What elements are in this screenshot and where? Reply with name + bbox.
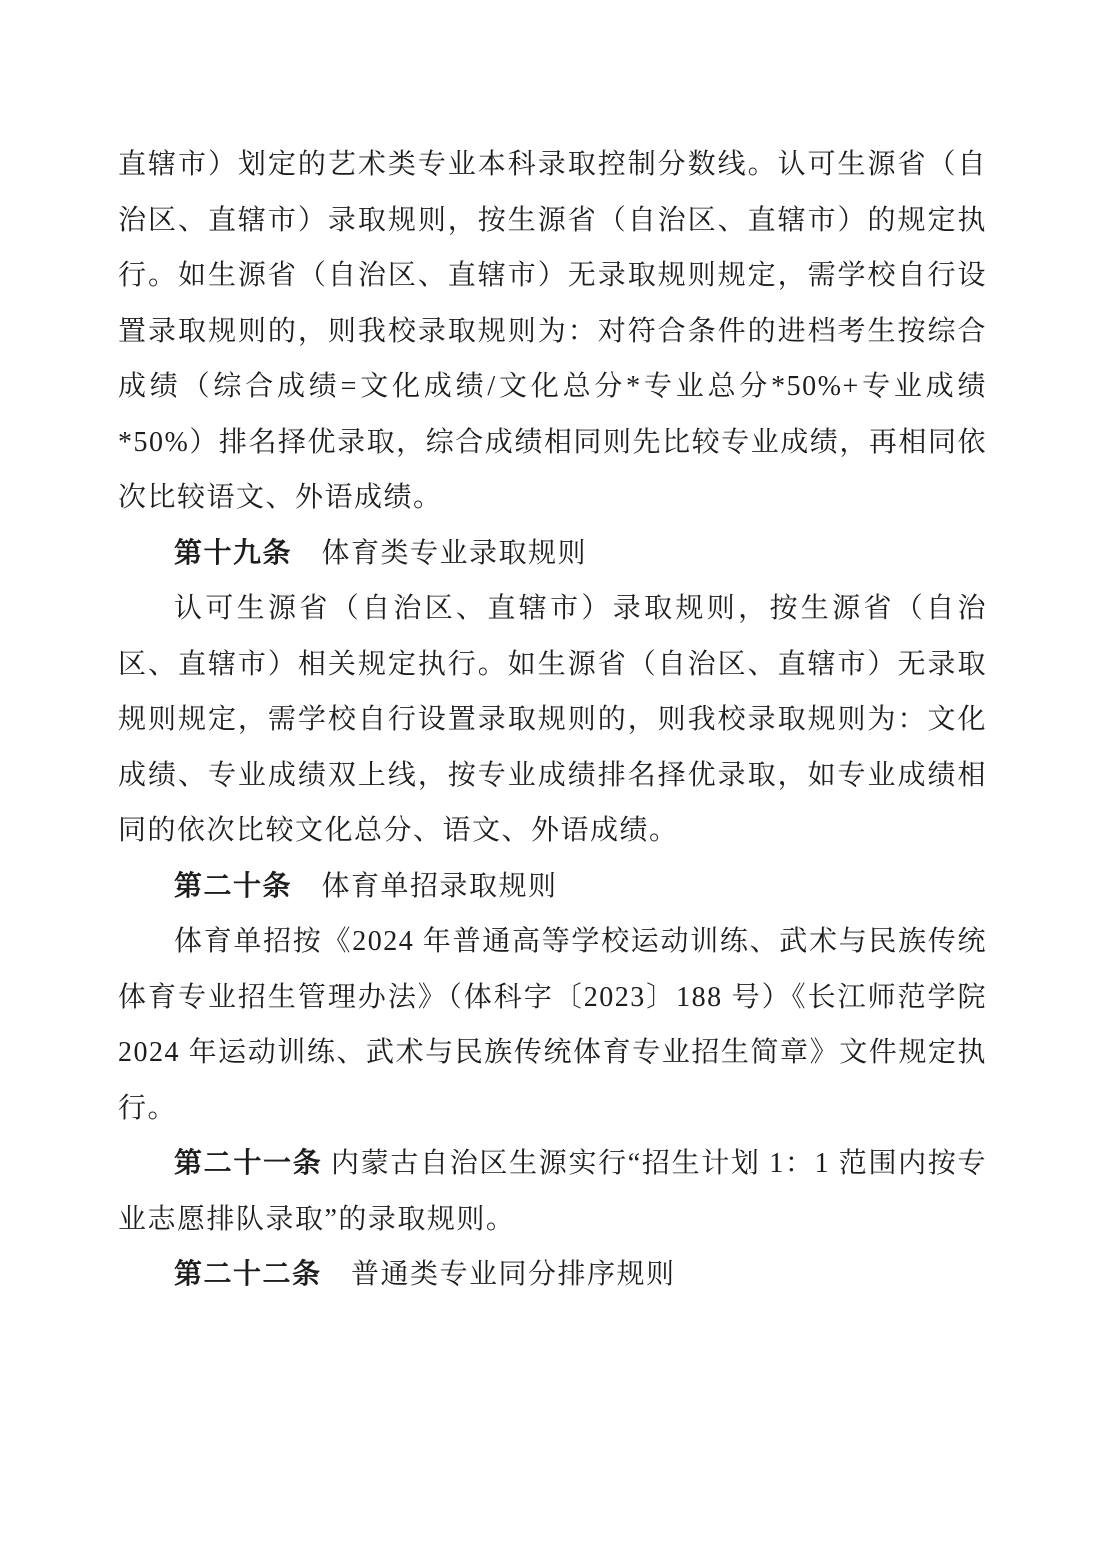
- article-21-number: 第二十一条: [174, 1148, 322, 1179]
- article-20-heading: 第二十条 体育单招录取规则: [118, 859, 987, 915]
- paragraph-art18-continuation-text: 直辖市）划定的艺术类专业本科录取控制分数线。认可生源省（自治区、直辖市）录取规则…: [118, 149, 987, 513]
- paragraph-art20-body: 体育单招按《2024 年普通高等学校运动训练、武术与民族传统体育专业招生管理办法…: [118, 914, 987, 1136]
- article-19-title: 体育类专业录取规则: [292, 538, 587, 569]
- document-page: 直辖市）划定的艺术类专业本科录取控制分数线。认可生源省（自治区、直辖市）录取规则…: [0, 0, 1102, 1559]
- article-20-title: 体育单招录取规则: [292, 871, 558, 902]
- article-21-paragraph: 第二十一条 内蒙古自治区生源实行“招生计划 1：1 范围内按专业志愿排队录取”的…: [118, 1136, 987, 1247]
- article-20-number: 第二十条: [174, 871, 292, 902]
- paragraph-art19-body: 认可生源省（自治区、直辖市）录取规则，按生源省（自治区、直辖市）相关规定执行。如…: [118, 581, 987, 859]
- paragraph-art20-body-text: 体育单招按《2024 年普通高等学校运动训练、武术与民族传统体育专业招生管理办法…: [118, 926, 987, 1124]
- paragraph-art19-body-text: 认可生源省（自治区、直辖市）录取规则，按生源省（自治区、直辖市）相关规定执行。如…: [118, 593, 987, 846]
- article-19-number: 第十九条: [174, 538, 292, 569]
- article-19-heading: 第十九条 体育类专业录取规则: [118, 526, 987, 582]
- article-22-heading: 第二十二条 普通类专业同分排序规则: [118, 1247, 987, 1303]
- article-22-title: 普通类专业同分排序规则: [322, 1259, 676, 1290]
- paragraph-art18-continuation: 直辖市）划定的艺术类专业本科录取控制分数线。认可生源省（自治区、直辖市）录取规则…: [118, 137, 987, 526]
- document-text-block: 直辖市）划定的艺术类专业本科录取控制分数线。认可生源省（自治区、直辖市）录取规则…: [118, 137, 987, 1303]
- article-22-number: 第二十二条: [174, 1259, 322, 1290]
